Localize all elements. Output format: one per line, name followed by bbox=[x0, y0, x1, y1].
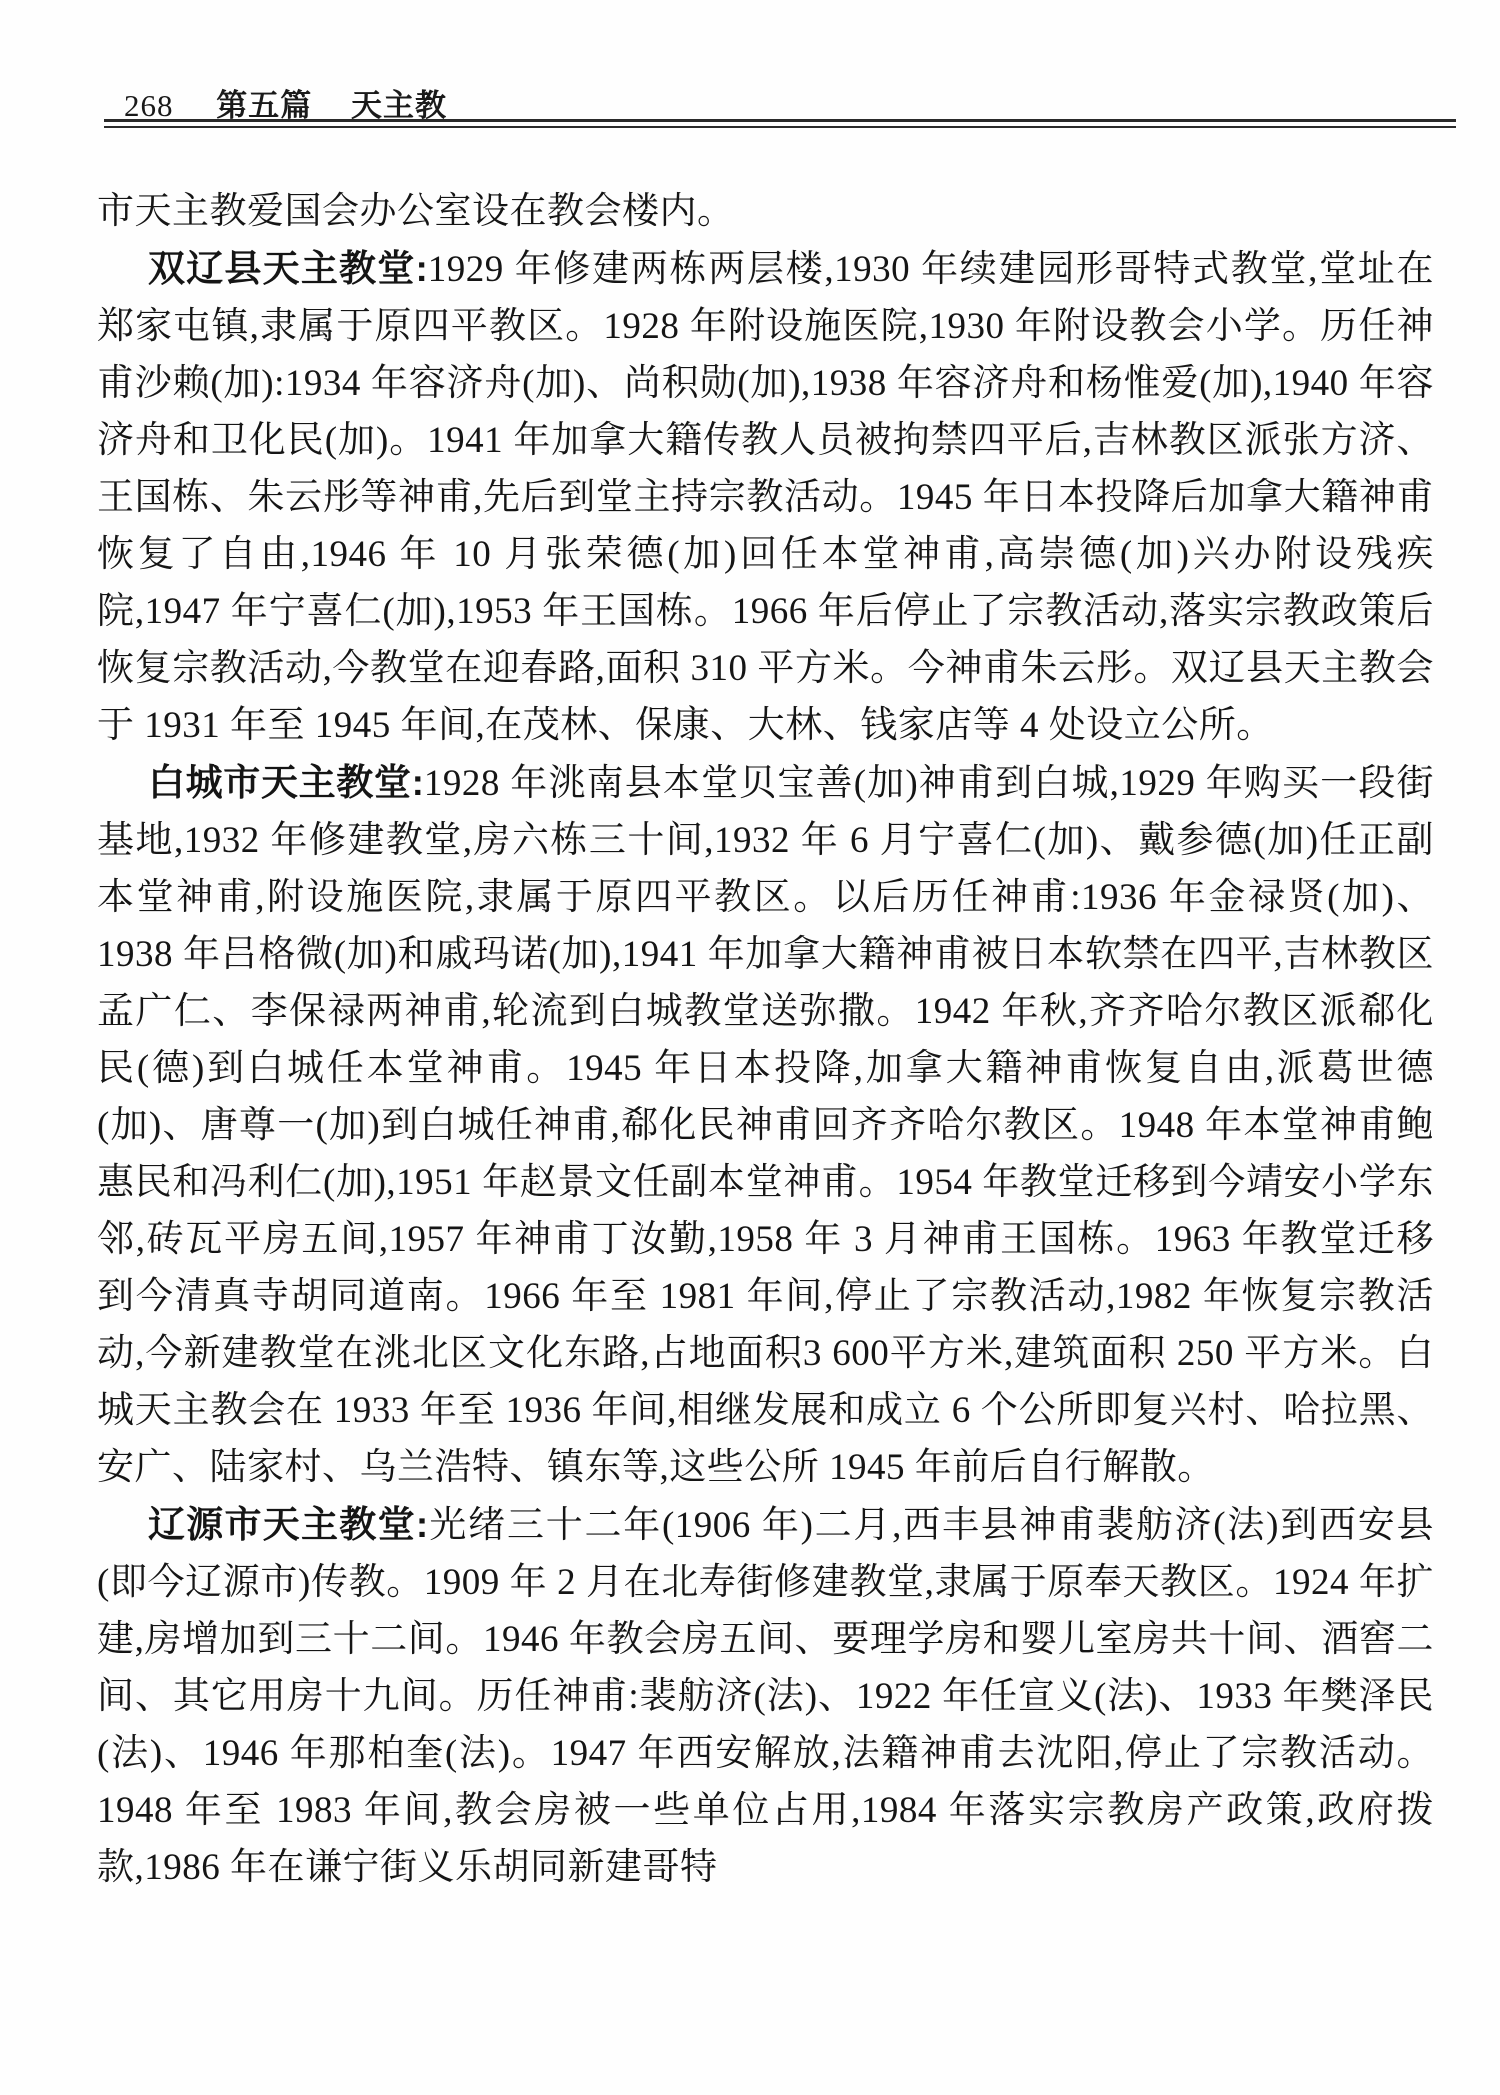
paragraph-text: 市天主教爱国会办公室设在教会楼内。 bbox=[97, 191, 735, 232]
paragraph-text: 1929 年修建两栋两层楼,1930 年续建园形哥特式教堂,堂址在郑家屯镇,隶属… bbox=[97, 249, 1434, 746]
paragraph-continuation: 市天主教爱国会办公室设在教会楼内。 bbox=[97, 183, 1434, 240]
paragraph-text: 1928 年洮南县本堂贝宝善(加)神甫到白城,1929 年购买一段街基地,193… bbox=[97, 763, 1434, 1488]
paragraph-liaoyuan-church: 辽源市天主教堂:光绪三十二年(1906 年)二月,西丰县神甫裴舫济(法)到西安县… bbox=[97, 1496, 1434, 1896]
scanned-book-page: 268 第五篇 天主教 市天主教爱国会办公室设在教会楼内。 双辽县天主教堂:19… bbox=[0, 0, 1500, 2095]
chapter-label: 天主教 bbox=[351, 88, 447, 123]
body-text: 市天主教爱国会办公室设在教会楼内。 双辽县天主教堂:1929 年修建两栋两层楼,… bbox=[97, 183, 1434, 1896]
paragraph-shuangliao-church: 双辽县天主教堂:1929 年修建两栋两层楼,1930 年续建园形哥特式教堂,堂址… bbox=[97, 240, 1434, 754]
page-number: 268 bbox=[124, 88, 174, 123]
entry-title-shuangliao: 双辽县天主教堂: bbox=[148, 248, 428, 289]
entry-title-liaoyuan: 辽源市天主教堂: bbox=[148, 1504, 428, 1545]
entry-title-baicheng: 白城市天主教堂: bbox=[148, 762, 424, 803]
section-label: 第五篇 bbox=[216, 88, 312, 123]
paragraph-baicheng-church: 白城市天主教堂:1928 年洮南县本堂贝宝善(加)神甫到白城,1929 年购买一… bbox=[97, 754, 1434, 1496]
header-rule bbox=[104, 119, 1456, 128]
paragraph-text: 光绪三十二年(1906 年)二月,西丰县神甫裴舫济(法)到西安县(即今辽源市)传… bbox=[97, 1505, 1434, 1888]
